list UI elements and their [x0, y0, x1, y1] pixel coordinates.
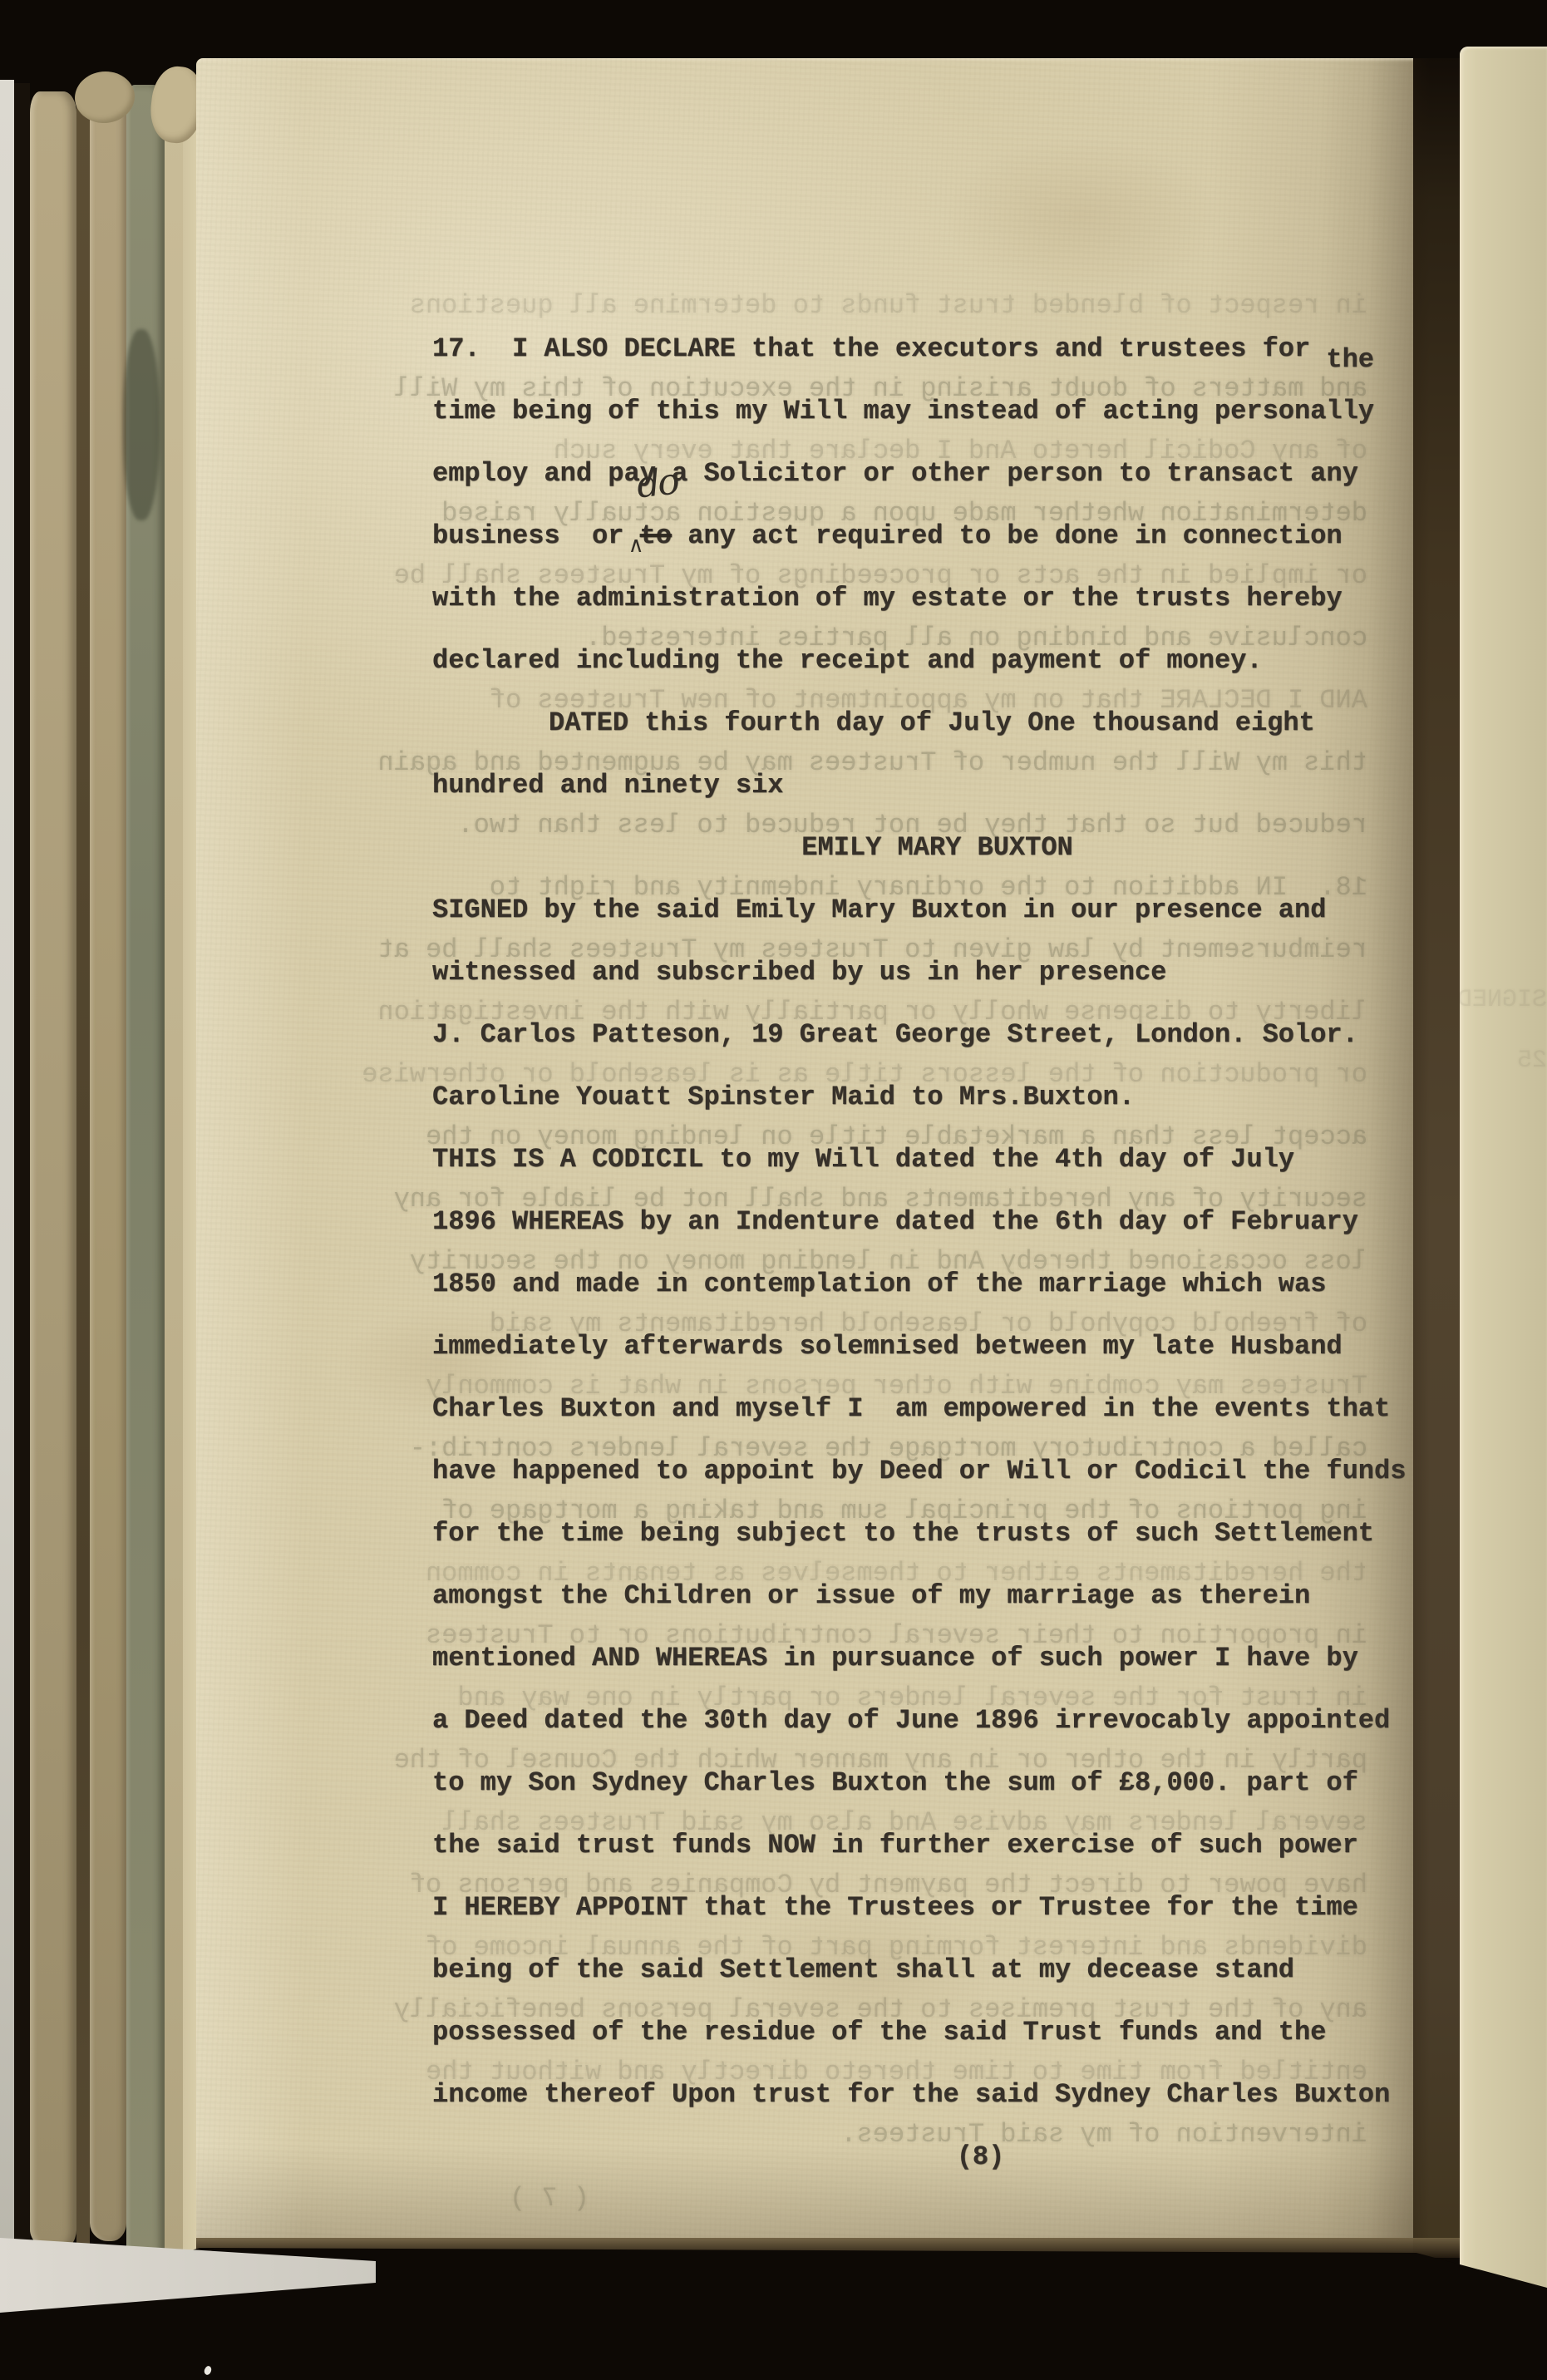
- typed-line: witnessed and subscribed by us in her pr…: [432, 941, 1442, 1003]
- handwritten-insertion: do: [634, 464, 678, 505]
- paper-stain: [944, 137, 1219, 295]
- typed-line: possessed of the residue of the said Tru…: [432, 2001, 1442, 2063]
- page-edge-strip: [165, 81, 183, 2268]
- typed-text-block: 17. I ALSO DECLARE that the executors an…: [432, 318, 1442, 2188]
- typed-line: I HEREBY APPOINT that the Trustees or Tr…: [432, 1876, 1442, 1939]
- typed-line: time being of this my Will may instead o…: [432, 380, 1442, 442]
- gutter-shadow: [1413, 58, 1460, 2254]
- typed-line: being of the said Settlement shall at my…: [432, 1939, 1442, 2001]
- struck-word: to: [640, 520, 672, 551]
- torn-notch: [123, 329, 160, 520]
- typed-line: the said trust funds NOW in further exer…: [432, 1814, 1442, 1876]
- typed-line: THIS IS A CODICIL to my Will dated the 4…: [432, 1128, 1442, 1190]
- insertion-caret: ∧: [628, 535, 644, 556]
- correction: todo∧: [640, 505, 672, 567]
- page-edge-strip: [30, 91, 76, 2251]
- dropped-word: the: [1326, 344, 1374, 375]
- typed-line: for the time being subject to the trusts…: [432, 1502, 1442, 1564]
- scanned-book-photo: in respect of blended trust funds to det…: [0, 0, 1547, 2380]
- typed-line: employ and pay a Solicitor or other pers…: [432, 442, 1442, 505]
- typed-line: Caroline Youatt Spinster Maid to Mrs.Bux…: [432, 1066, 1442, 1128]
- scanner-bed-strip: [0, 80, 14, 2311]
- typed-line: 17. I ALSO DECLARE that the executors an…: [432, 318, 1442, 380]
- binding-gap-shadow: [14, 83, 30, 2294]
- typed-line: declared including the receipt and payme…: [432, 629, 1442, 692]
- typed-line: income thereof Upon trust for the said S…: [432, 2063, 1442, 2126]
- typed-line: Charles Buxton and myself I am empowered…: [432, 1377, 1442, 1440]
- typed-line: with the administration of my estate or …: [432, 567, 1442, 629]
- stacked-page-edges: [30, 80, 196, 2278]
- page-edge-strip: [183, 80, 196, 2274]
- typed-line: business or todo∧ any act required to be…: [432, 505, 1442, 567]
- typed-line: amongst the Children or issue of my marr…: [432, 1564, 1442, 1627]
- typed-line: SIGNED by the said Emily Mary Buxton in …: [432, 879, 1442, 941]
- typed-line: DATED this fourth day of July One thousa…: [432, 692, 1442, 754]
- typed-line: a Deed dated the 30th day of June 1896 i…: [432, 1689, 1442, 1752]
- typed-line: hundred and ninety six: [432, 754, 1442, 816]
- typed-line: to my Son Sydney Charles Buxton the sum …: [432, 1752, 1442, 1814]
- typed-line: EMILY MARY BUXTON: [432, 816, 1442, 879]
- typed-line: 1896 WHEREAS by an Indenture dated the 6…: [432, 1190, 1442, 1253]
- typed-line: 1850 and made in contemplation of the ma…: [432, 1253, 1442, 1315]
- typed-line: J. Carlos Patteson, 19 Great George Stre…: [432, 1003, 1442, 1066]
- typed-line: immediately afterwards solemnised betwee…: [432, 1315, 1442, 1377]
- page-edge-strip: [90, 95, 126, 2241]
- typed-line: have happened to appoint by Deed or Will…: [432, 1440, 1442, 1502]
- page-number: (8): [475, 2126, 1485, 2188]
- page-edge-crease: [76, 88, 90, 2256]
- facing-page: [1460, 47, 1547, 2291]
- typed-line: mentioned AND WHEREAS in pursuance of su…: [432, 1627, 1442, 1689]
